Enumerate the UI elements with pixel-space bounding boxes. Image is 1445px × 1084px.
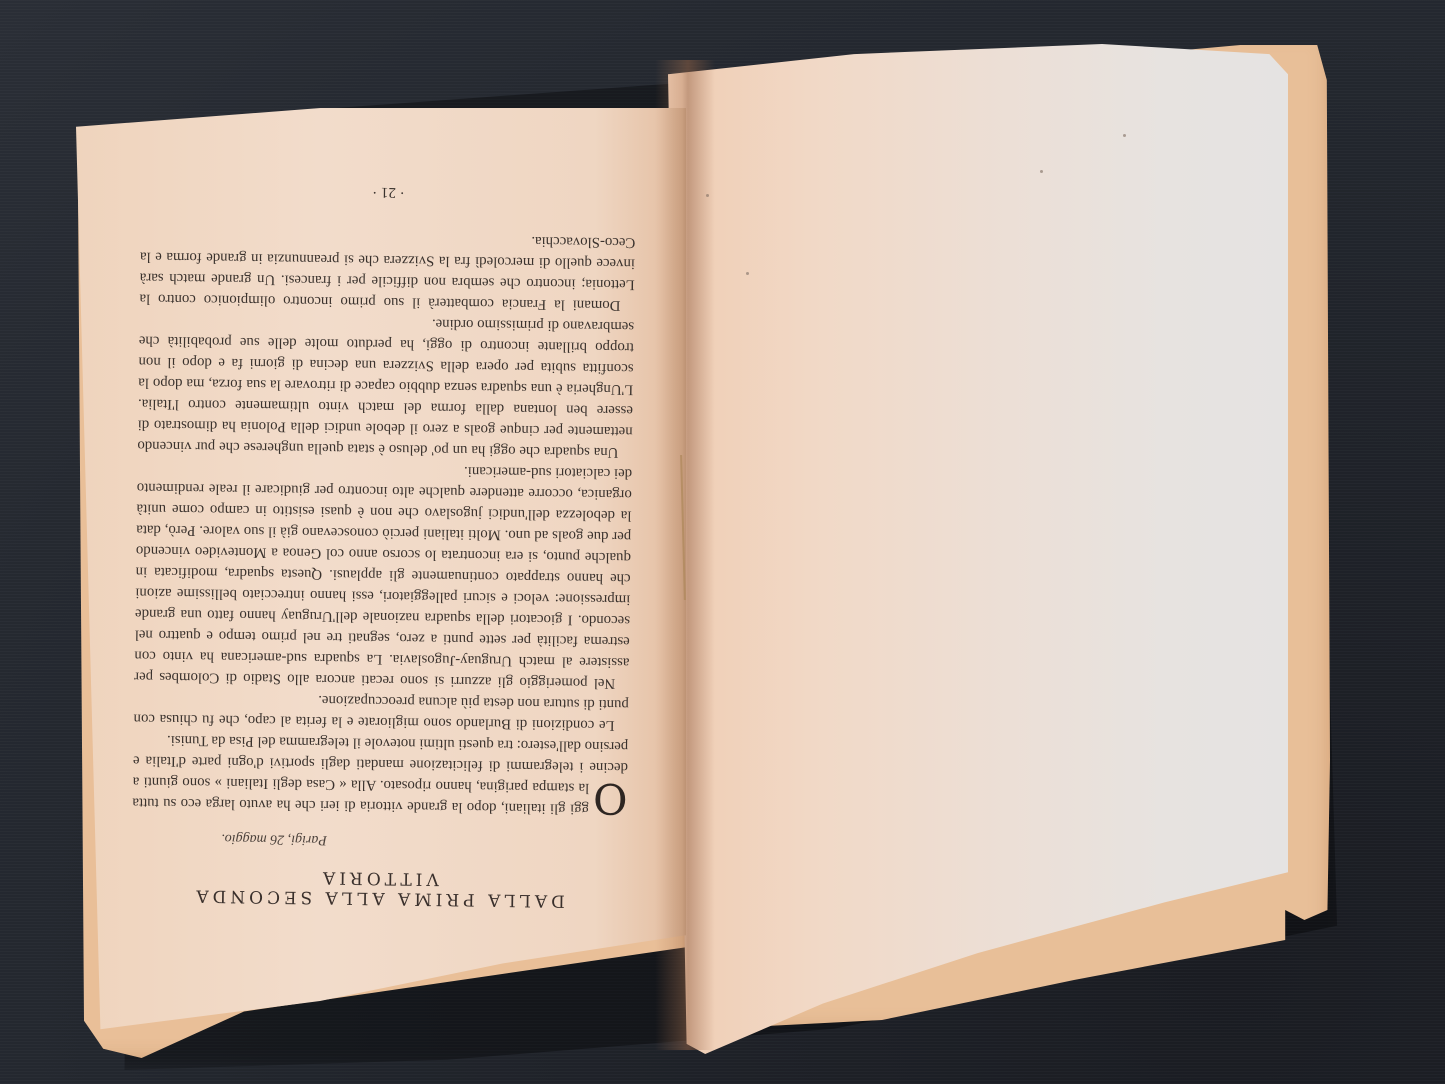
paper-speck (1040, 170, 1043, 173)
dateline: Parigi, 26 maggio. (132, 829, 327, 848)
book-photo-scene: DALLA PRIMA ALLA SECONDA VITTORIA Parigi… (0, 0, 1445, 1084)
article-body: Oggi gli italiani, dopo la grande vittor… (132, 225, 635, 820)
book-gutter (655, 60, 715, 1050)
paragraph-2: Le condizioni di Burlando sono migliorat… (133, 687, 629, 736)
paragraph-5: Domani la Francia combatterà il suo prim… (139, 225, 635, 316)
upside-down-text-block: DALLA PRIMA ALLA SECONDA VITTORIA Parigi… (130, 145, 636, 952)
paper-speck (746, 272, 749, 275)
paragraph-4: Una squadra che oggi ha un po' deluso è … (137, 309, 634, 463)
paper-speck (1123, 134, 1126, 137)
paragraph-1-text: ggi gli italiani, dopo la grande vittori… (132, 732, 628, 817)
page-number: · 21 · (141, 180, 636, 204)
left-printed-page: DALLA PRIMA ALLA SECONDA VITTORIA Parigi… (76, 108, 686, 1048)
drop-cap: O (593, 779, 628, 817)
chapter-title: DALLA PRIMA ALLA SECONDA VITTORIA (131, 865, 627, 912)
paragraph-1: Oggi gli italiani, dopo la grande vittor… (132, 729, 628, 820)
paragraph-3: Nel pomeriggio gli azzurri si sono recat… (134, 456, 632, 694)
